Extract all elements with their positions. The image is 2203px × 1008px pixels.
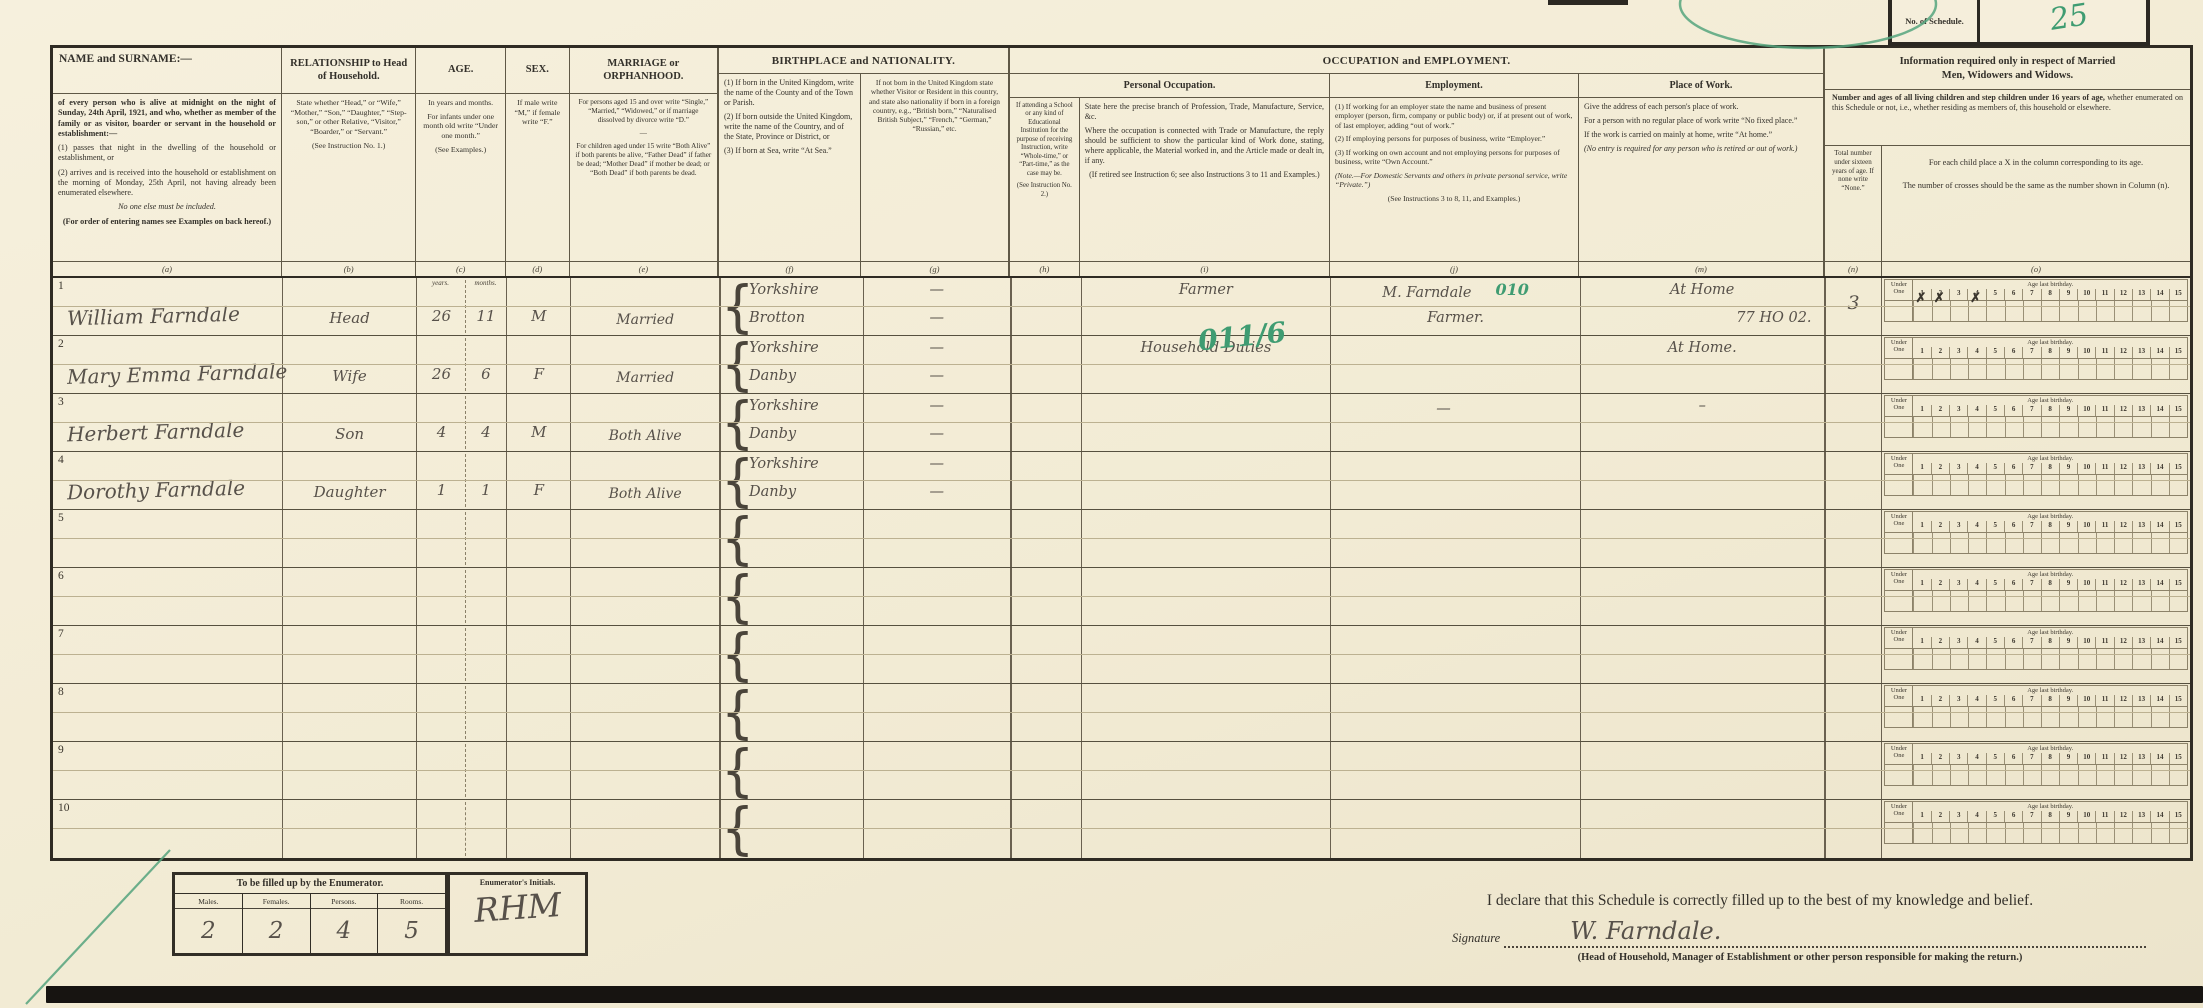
name-entry: Dorothy Farndale (67, 476, 246, 505)
age-grid-cell (2114, 417, 2132, 437)
cell-sex (507, 684, 571, 741)
cell-name: 10 (53, 800, 283, 858)
cell-education (1012, 278, 1082, 335)
birthplace-parish-entry: Danby (741, 426, 863, 442)
cell-education (1012, 510, 1082, 567)
age-grid-cell (2132, 475, 2150, 495)
sex-entry: F (507, 481, 570, 499)
age-number-label: 1 (1913, 579, 1930, 590)
cell-total-children (1826, 626, 1883, 683)
age-grid-cell (2132, 649, 2150, 669)
age-grid-cell (2151, 359, 2169, 379)
table-row: 6 { (53, 568, 2190, 626)
column-place-of-work: Place of Work. Give the address of each … (1579, 74, 1823, 276)
age-grid-cell (2023, 649, 2041, 669)
enumerator-col-females: Females. 2 (243, 894, 311, 953)
age-number-label: 9 (2059, 405, 2077, 416)
age-number-label: 10 (2077, 521, 2095, 532)
age-grid-cell (2169, 823, 2187, 843)
under-one-label: Under One (1885, 686, 1913, 706)
age-number-label: 9 (2059, 289, 2077, 300)
age-number-label: 12 (2114, 347, 2132, 358)
married-info-banner: Information required only in respect of … (1825, 48, 2190, 90)
age-number-label: 10 (2077, 637, 2095, 648)
age-grid-cell (1986, 417, 2004, 437)
age-grid-cell (1968, 707, 1986, 727)
place-of-work-title: Place of Work. (1579, 74, 1823, 98)
enumerator-box-title: To be filled up by the Enumerator. (175, 875, 445, 894)
age-number-labels: 123456789101112131415 (1913, 521, 2187, 532)
cell-children-ages: Under OneAge last birthday.1234567891011… (1882, 336, 2190, 393)
age-grid-cell (2096, 823, 2114, 843)
age-grid-cell-under-one (1885, 591, 1913, 611)
sex-column-title: SEX. (506, 48, 569, 94)
age-grid-cell (1986, 823, 2004, 843)
age-number-label: 11 (2095, 463, 2113, 474)
age-grid-cell (1968, 359, 1986, 379)
column-letter: (m) (1579, 261, 1823, 276)
females-count: 2 (243, 909, 310, 953)
age-grid-cell (2059, 591, 2077, 611)
place-of-work-entry: 77 HO 02. (1581, 310, 1824, 326)
age-number-label: 13 (2132, 347, 2150, 358)
age-number-label: 15 (2169, 289, 2187, 300)
child-age-cross: ✗ (1934, 290, 1945, 306)
age-number-label: 4 (1967, 637, 1985, 648)
cell-children-ages: Under OneAge last birthday.1234567891011… (1882, 626, 2190, 683)
age-grid-cell (2041, 475, 2059, 495)
cell-occupation (1082, 626, 1332, 683)
employment-code-green: 010 (1495, 280, 1528, 299)
name-entry: William Farndale (67, 302, 240, 331)
column-letter: (a) (53, 261, 281, 276)
enumerator-col-males: Males. 2 (175, 894, 243, 953)
child-age-cross: ✗ (1970, 290, 1981, 306)
age-number-label: 2 (1931, 463, 1949, 474)
column-marriage: MARRIAGE or ORPHANHOOD. For persons aged… (570, 48, 719, 276)
age-number-label: 11 (2095, 637, 2113, 648)
age-number-label: 8 (2041, 289, 2059, 300)
age-last-birthday-label: Age last birthday. (1913, 686, 2187, 695)
cell-name: 9 (53, 742, 283, 799)
cell-nationality (864, 510, 1012, 567)
age-grid-cell (2041, 823, 2059, 843)
nationality-entry: — (864, 398, 1010, 414)
age-number-label: 14 (2150, 521, 2168, 532)
age-number-label: 3 (1949, 405, 1967, 416)
cell-name: 4 Dorothy Farndale (53, 452, 283, 509)
age-grid-cell (2096, 301, 2114, 321)
table-row: 3 Herbert Farndale Son 4 4 M Both Alive … (53, 394, 2190, 452)
age-grid-cell (2096, 707, 2114, 727)
age-number-label: 11 (2095, 579, 2113, 590)
cell-place-of-work (1581, 742, 1826, 799)
age-grid-cell (2023, 765, 2041, 785)
age-number-label: 15 (2169, 695, 2187, 706)
cell-age (417, 626, 507, 683)
cell-sex (507, 568, 571, 625)
age-number-label: 3 (1949, 289, 1967, 300)
age-number-label: 14 (2150, 579, 2168, 590)
age-grid-cell (2041, 765, 2059, 785)
place-of-work-entry: – (1581, 398, 1824, 414)
age-number-label: 15 (2169, 753, 2187, 764)
column-letter: (e) (570, 261, 717, 276)
age-number-label: 13 (2132, 463, 2150, 474)
age-grid-cell (2151, 823, 2169, 843)
cell-birthplace (741, 510, 864, 567)
age-number-label: 7 (2022, 637, 2040, 648)
age-grid-cell (2078, 301, 2096, 321)
birthplace-county-entry: Yorkshire (741, 340, 863, 356)
cell-age (417, 568, 507, 625)
age-number-label: 15 (2169, 579, 2187, 590)
age-grid-cells (1884, 822, 2188, 844)
age-number-label: 2 (1931, 579, 1949, 590)
age-grid-header: Under OneAge last birthday.1234567891011… (1884, 743, 2188, 764)
age-grid-cell-under-one (1885, 649, 1913, 669)
table-row: 2 Mary Emma Farndale Wife 26 6 F Married… (53, 336, 2190, 394)
age-number-label: 11 (2095, 405, 2113, 416)
cell-children-ages: Under OneAge last birthday.1234567891011… (1882, 684, 2190, 741)
cell-relationship: Head (283, 278, 418, 335)
age-grid-header-right: Age last birthday.123456789101112131415 (1913, 338, 2187, 358)
age-number-label: 9 (2059, 521, 2077, 532)
age-number-label: 10 (2077, 347, 2095, 358)
age-grid-cell (2096, 591, 2114, 611)
age-number-label: 7 (2022, 753, 2040, 764)
age-grid-cells (1884, 648, 2188, 670)
age-number-label: 3 (1949, 811, 1967, 822)
age-number-label: 3 (1949, 753, 1967, 764)
age-grid-cell (1913, 823, 1931, 843)
relationship-column-instructions: State whether “Head,” or “Wife,” “Mother… (282, 94, 415, 261)
column-letter: (b) (282, 261, 415, 276)
cell-birthplace: Yorkshire Danby (741, 452, 864, 509)
declaration-text: I declare that this Schedule is correctl… (1330, 892, 2190, 910)
age-grid-cell (2078, 533, 2096, 553)
cell-employment (1331, 742, 1581, 799)
age-number-label: 1 (1913, 463, 1930, 474)
age-number-label: 5 (1986, 579, 2004, 590)
sex-entry: M (507, 307, 570, 325)
row-number: 6 (58, 570, 64, 582)
column-age: AGE. In years and months. For infants un… (416, 48, 506, 276)
cell-name: 8 (53, 684, 283, 741)
row-number: 8 (58, 686, 64, 698)
age-grid-cell (2151, 417, 2169, 437)
cell-brace: { (721, 510, 741, 567)
cell-marriage: Married (571, 278, 721, 335)
cell-place-of-work: At Home 77 HO 02. (1581, 278, 1826, 335)
age-number-labels: 123456789101112131415 (1913, 347, 2187, 358)
age-grid-cell (2132, 533, 2150, 553)
age-number-label: 2 (1931, 637, 1949, 648)
children-ages-grid: Under OneAge last birthday.1234567891011… (1884, 395, 2188, 438)
age-grid-cell (2023, 301, 2041, 321)
age-grid-cell (1913, 533, 1931, 553)
column-children-ages: For each child place a X in the column c… (1882, 146, 2190, 276)
age-number-label: 4 (1967, 521, 1985, 532)
age-last-birthday-label: Age last birthday. (1913, 802, 2187, 811)
column-letter: (g) (861, 261, 1008, 276)
age-grid-cell (2059, 823, 2077, 843)
age-grid-cell (1986, 533, 2004, 553)
age-grid-cell (2096, 765, 2114, 785)
age-number-label: 5 (1986, 753, 2004, 764)
under-one-label: Under One (1885, 802, 1913, 822)
cell-name: 1 William Farndale (53, 278, 283, 335)
age-grid-cell (1968, 649, 1986, 669)
children-ages-grid: Under OneAge last birthday.1234567891011… (1884, 511, 2188, 554)
child-age-cross: ✗ (1915, 290, 1926, 306)
age-grid-cell (2023, 591, 2041, 611)
cell-age: 4 4 (417, 394, 507, 451)
sex-column-instructions: If male write “M,” if female write “F.” (506, 94, 569, 261)
age-grid-cell (2005, 823, 2023, 843)
age-number-label: 5 (1986, 463, 2004, 474)
table-body: years. months. 1 William Farndale Head 2… (53, 278, 2190, 858)
age-grid-cell (1986, 301, 2004, 321)
age-grid-cell (2169, 301, 2187, 321)
age-grid-header-right: Age last birthday.123456789101112131415 (1913, 280, 2187, 300)
age-grid-cell (1913, 359, 1931, 379)
nationality-instructions: If not born in the United Kingdom state … (861, 74, 1008, 261)
age-number-label: 13 (2132, 521, 2150, 532)
cell-birthplace (741, 684, 864, 741)
age-number-label: 13 (2132, 289, 2150, 300)
cell-occupation (1082, 452, 1332, 509)
age-number-label: 15 (2169, 811, 2187, 822)
birthplace-parish-entry: Brotton (741, 310, 863, 326)
age-number-label: 9 (2059, 579, 2077, 590)
age-number-label: 10 (2077, 753, 2095, 764)
age-grid-cell (2169, 591, 2187, 611)
age-grid-header: Under OneAge last birthday.1234567891011… (1884, 453, 2188, 474)
age-grid-cell (2132, 417, 2150, 437)
table-header: NAME and SURNAME:— of every person who i… (53, 48, 2190, 278)
age-years-months-divider (465, 744, 466, 797)
age-number-label: 3 (1949, 579, 1967, 590)
sex-entry: M (507, 423, 570, 441)
age-number-label: 6 (2004, 637, 2022, 648)
age-grid-cell (2151, 765, 2169, 785)
age-number-label: 2 (1931, 753, 1949, 764)
age-number-label: 8 (2041, 463, 2059, 474)
age-grid-cell (1932, 417, 1950, 437)
age-number-label: 3 (1949, 637, 1967, 648)
employer-entry (1331, 746, 1580, 765)
cell-nationality (864, 626, 1012, 683)
age-number-label: 10 (2077, 463, 2095, 474)
children-ages-grid: Under OneAge last birthday.1234567891011… (1884, 569, 2188, 612)
cell-marriage: Married (571, 336, 721, 393)
age-grid-cell (1913, 475, 1931, 495)
age-number-label: 8 (2041, 579, 2059, 590)
age-grid-cell (2132, 301, 2150, 321)
age-grid-header: Under OneAge last birthday.1234567891011… (1884, 627, 2188, 648)
cell-brace: { (721, 568, 741, 625)
cell-place-of-work (1581, 626, 1826, 683)
cell-education (1012, 394, 1082, 451)
cell-sex: M (507, 394, 571, 451)
age-grid-header-right: Age last birthday.123456789101112131415 (1913, 454, 2187, 474)
cell-education (1012, 626, 1082, 683)
age-number-label: 9 (2059, 695, 2077, 706)
age-grid-header-right: Age last birthday.123456789101112131415 (1913, 628, 2187, 648)
age-number-label: 1 (1913, 811, 1930, 822)
age-number-label: 12 (2114, 521, 2132, 532)
age-grid-cell (2114, 765, 2132, 785)
age-number-label: 7 (2022, 521, 2040, 532)
age-number-label: 14 (2150, 637, 2168, 648)
age-grid-cell (1950, 765, 1968, 785)
age-number-labels: 123456789101112131415 (1913, 405, 2187, 416)
personal-occupation-title: Personal Occupation. (1010, 74, 1329, 98)
row-number: 9 (58, 744, 64, 756)
age-number-label: 14 (2150, 695, 2168, 706)
row-number: 1 (58, 280, 64, 292)
relationship-entry: Daughter (283, 483, 417, 501)
age-grid-cell (2096, 359, 2114, 379)
column-total-children: Total number under sixteen years of age.… (1825, 146, 1882, 276)
age-number-label: 4 (1967, 463, 1985, 474)
age-grid-cell (2151, 707, 2169, 727)
page-edge-fragment (1548, 0, 1628, 5)
cell-relationship: Son (283, 394, 418, 451)
cell-age: 1 1 (417, 452, 507, 509)
name-entry: Mary Emma Farndale (67, 359, 288, 389)
age-number-label: 11 (2095, 289, 2113, 300)
age-grid-cell (2041, 707, 2059, 727)
cell-marriage (571, 800, 721, 858)
age-grid-cell (1913, 591, 1931, 611)
age-grid-cell (2169, 533, 2187, 553)
cell-place-of-work (1581, 452, 1826, 509)
age-grid-cell (2169, 417, 2187, 437)
age-years-entry: 1 (417, 481, 465, 499)
column-group-personal-occupation: Personal Occupation. If attending a Scho… (1010, 74, 1330, 276)
occupation-entry: Farmer (1082, 282, 1331, 298)
age-grid-cell (2005, 533, 2023, 553)
cell-relationship (283, 626, 418, 683)
age-number-label: 13 (2132, 405, 2150, 416)
cell-sex: M (507, 278, 571, 335)
age-years-entry: 26 (417, 365, 465, 383)
cell-total-children (1826, 800, 1883, 858)
cell-sex: F (507, 336, 571, 393)
children-ages-grid: Under OneAge last birthday.1234567891011… (1884, 685, 2188, 728)
age-number-label: 15 (2169, 463, 2187, 474)
age-number-label: 6 (2004, 463, 2022, 474)
age-grid-cell (2078, 823, 2096, 843)
age-grid-cell (1913, 417, 1931, 437)
age-number-label: 4 (1967, 579, 1985, 590)
cell-children-ages: Under OneAge last birthday.1234567891011… (1882, 800, 2190, 858)
cell-nationality: — — (864, 278, 1012, 335)
cell-education (1012, 684, 1082, 741)
age-grid-cell (2005, 765, 2023, 785)
age-number-label: 9 (2059, 811, 2077, 822)
age-number-label: 3 (1949, 695, 1967, 706)
age-number-label: 10 (2077, 405, 2095, 416)
age-number-labels: 123456789101112131415 (1913, 695, 2187, 706)
age-grid-cell (2041, 533, 2059, 553)
age-grid-cell (2041, 359, 2059, 379)
age-grid-header: Under OneAge last birthday.1234567891011… (1884, 337, 2188, 358)
employer-entry: M. Farndale010 (1331, 282, 1580, 301)
age-grid-cell (1950, 707, 1968, 727)
age-number-label: 12 (2114, 289, 2132, 300)
signature-label: Signature (1452, 931, 1500, 948)
persons-count: 4 (311, 909, 378, 953)
age-last-birthday-label: Age last birthday. (1913, 338, 2187, 347)
age-months-entry: 6 (465, 365, 506, 383)
cell-birthplace: Yorkshire Danby (741, 336, 864, 393)
age-grid-cell (2059, 765, 2077, 785)
cell-name: 7 (53, 626, 283, 683)
cell-brace: { (721, 626, 741, 683)
age-number-label: 7 (2022, 405, 2040, 416)
age-grid-cell (2041, 301, 2059, 321)
age-grid-cell-under-one (1885, 533, 1913, 553)
age-number-label: 6 (2004, 579, 2022, 590)
age-grid-cell (2023, 359, 2041, 379)
schedule-number-value-cell: 25 (1980, 0, 2146, 42)
age-number-label: 9 (2059, 347, 2077, 358)
cell-brace: { (721, 278, 741, 335)
age-grid-cell (1986, 359, 2004, 379)
age-number-label: 8 (2041, 347, 2059, 358)
age-column-instructions: In years and months. For infants under o… (416, 94, 505, 261)
age-number-label: 2 (1931, 811, 1949, 822)
age-grid-cell (2132, 707, 2150, 727)
age-grid-cell (2169, 765, 2187, 785)
age-grid-cells (1884, 706, 2188, 728)
age-grid-cell-under-one (1885, 765, 1913, 785)
cell-occupation (1082, 684, 1332, 741)
cell-name: 5 (53, 510, 283, 567)
signature-handwritten: W. Farndale. (1570, 917, 1721, 945)
age-number-labels: 123456789101112131415 (1913, 753, 2187, 764)
age-number-label: 8 (2041, 753, 2059, 764)
table-row: 10 { (53, 800, 2190, 858)
under-one-label: Under One (1885, 454, 1913, 474)
age-grid-cell (2041, 417, 2059, 437)
age-grid-cells (1884, 764, 2188, 786)
age-grid-cell (2078, 591, 2096, 611)
age-grid-cell (2096, 649, 2114, 669)
age-grid-cell (2078, 765, 2096, 785)
age-number-label: 3 (1949, 347, 1967, 358)
cell-brace: { (721, 452, 741, 509)
column-education: If attending a School or any kind of Edu… (1010, 98, 1080, 276)
column-letter: (j) (1330, 261, 1578, 276)
birthplace-instructions: (1) If born in the United Kingdom, write… (719, 74, 860, 261)
occupation-banner: OCCUPATION and EMPLOYMENT. (1010, 48, 1823, 74)
cell-nationality (864, 800, 1012, 858)
age-number-label: 11 (2095, 753, 2113, 764)
age-years-months-divider (465, 628, 466, 681)
age-grid-cell (1913, 649, 1931, 669)
employer-entry (1331, 514, 1580, 533)
age-grid-cell (2005, 301, 2023, 321)
signature-line: W. Farndale. (1504, 920, 2146, 948)
age-number-label: 7 (2022, 347, 2040, 358)
under-one-label: Under One (1885, 744, 1913, 764)
age-number-label: 5 (1986, 521, 2004, 532)
cell-relationship: Wife (283, 336, 418, 393)
